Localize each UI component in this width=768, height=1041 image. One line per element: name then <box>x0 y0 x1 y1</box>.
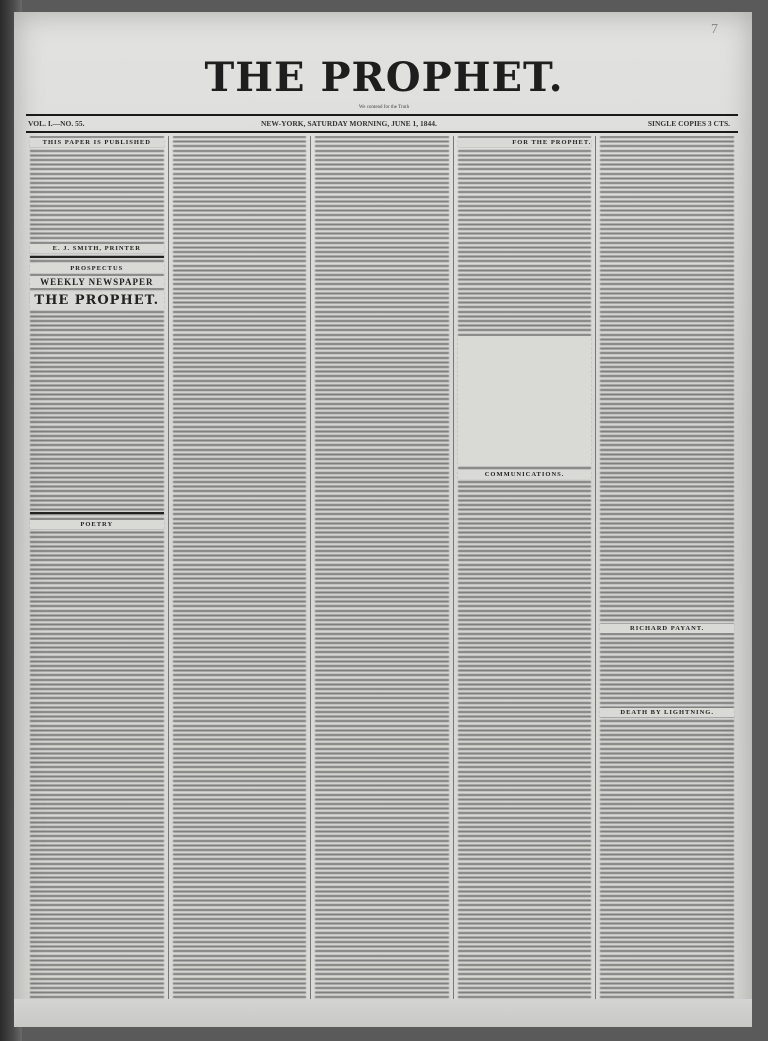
date-line: NEW-YORK, SATURDAY MORNING, JUNE 1, 1844… <box>261 119 437 128</box>
column-4: For the Prophet. COMMUNICATIONS. <box>454 136 597 999</box>
body-text <box>600 136 734 999</box>
column-1: THIS PAPER IS PUBLISHED E. J. SMITH, PRI… <box>26 136 169 999</box>
body-text <box>458 136 592 999</box>
newspaper-page: 7 THE PROPHET. We contend for the Truth … <box>14 12 752 1027</box>
column-heading: PROSPECTUS <box>30 264 164 273</box>
column-5: RICHARD PAYANT. DEATH BY LIGHTNING. <box>596 136 738 999</box>
page-mark: 7 <box>711 22 718 38</box>
divider <box>30 512 164 514</box>
masthead-rule-top <box>26 114 738 116</box>
blank-space <box>458 336 592 466</box>
column-heading: WEEKLY NEWSPAPER <box>30 276 164 288</box>
bottom-margin <box>14 999 752 1027</box>
column-3 <box>311 136 454 999</box>
column-heading: THIS PAPER IS PUBLISHED <box>30 138 164 147</box>
column-heading: COMMUNICATIONS. <box>458 470 592 479</box>
body-text <box>315 136 449 999</box>
columns: THIS PAPER IS PUBLISHED E. J. SMITH, PRI… <box>26 136 738 999</box>
column-heading: RICHARD PAYANT. <box>600 624 734 633</box>
body-text <box>173 136 307 999</box>
divider <box>30 256 164 258</box>
dateline-bar: VOL. I.—NO. 55. NEW-YORK, SATURDAY MORNI… <box>26 118 738 130</box>
volume-number: VOL. I.—NO. 55. <box>28 119 85 128</box>
column-2 <box>169 136 312 999</box>
column-heading: DEATH BY LIGHTNING. <box>600 708 734 717</box>
price: SINGLE COPIES 3 CTS. <box>648 119 730 128</box>
column-heading: THE PROPHET. <box>30 292 164 309</box>
column-heading: For the Prophet. <box>458 138 592 147</box>
column-heading: E. J. SMITH, PRINTER <box>30 244 164 253</box>
masthead-rule-bottom <box>26 131 738 133</box>
column-heading: POETRY <box>30 520 164 529</box>
masthead-title: THE PROPHET. <box>164 54 604 101</box>
masthead-motto: We contend for the Truth <box>284 105 484 110</box>
